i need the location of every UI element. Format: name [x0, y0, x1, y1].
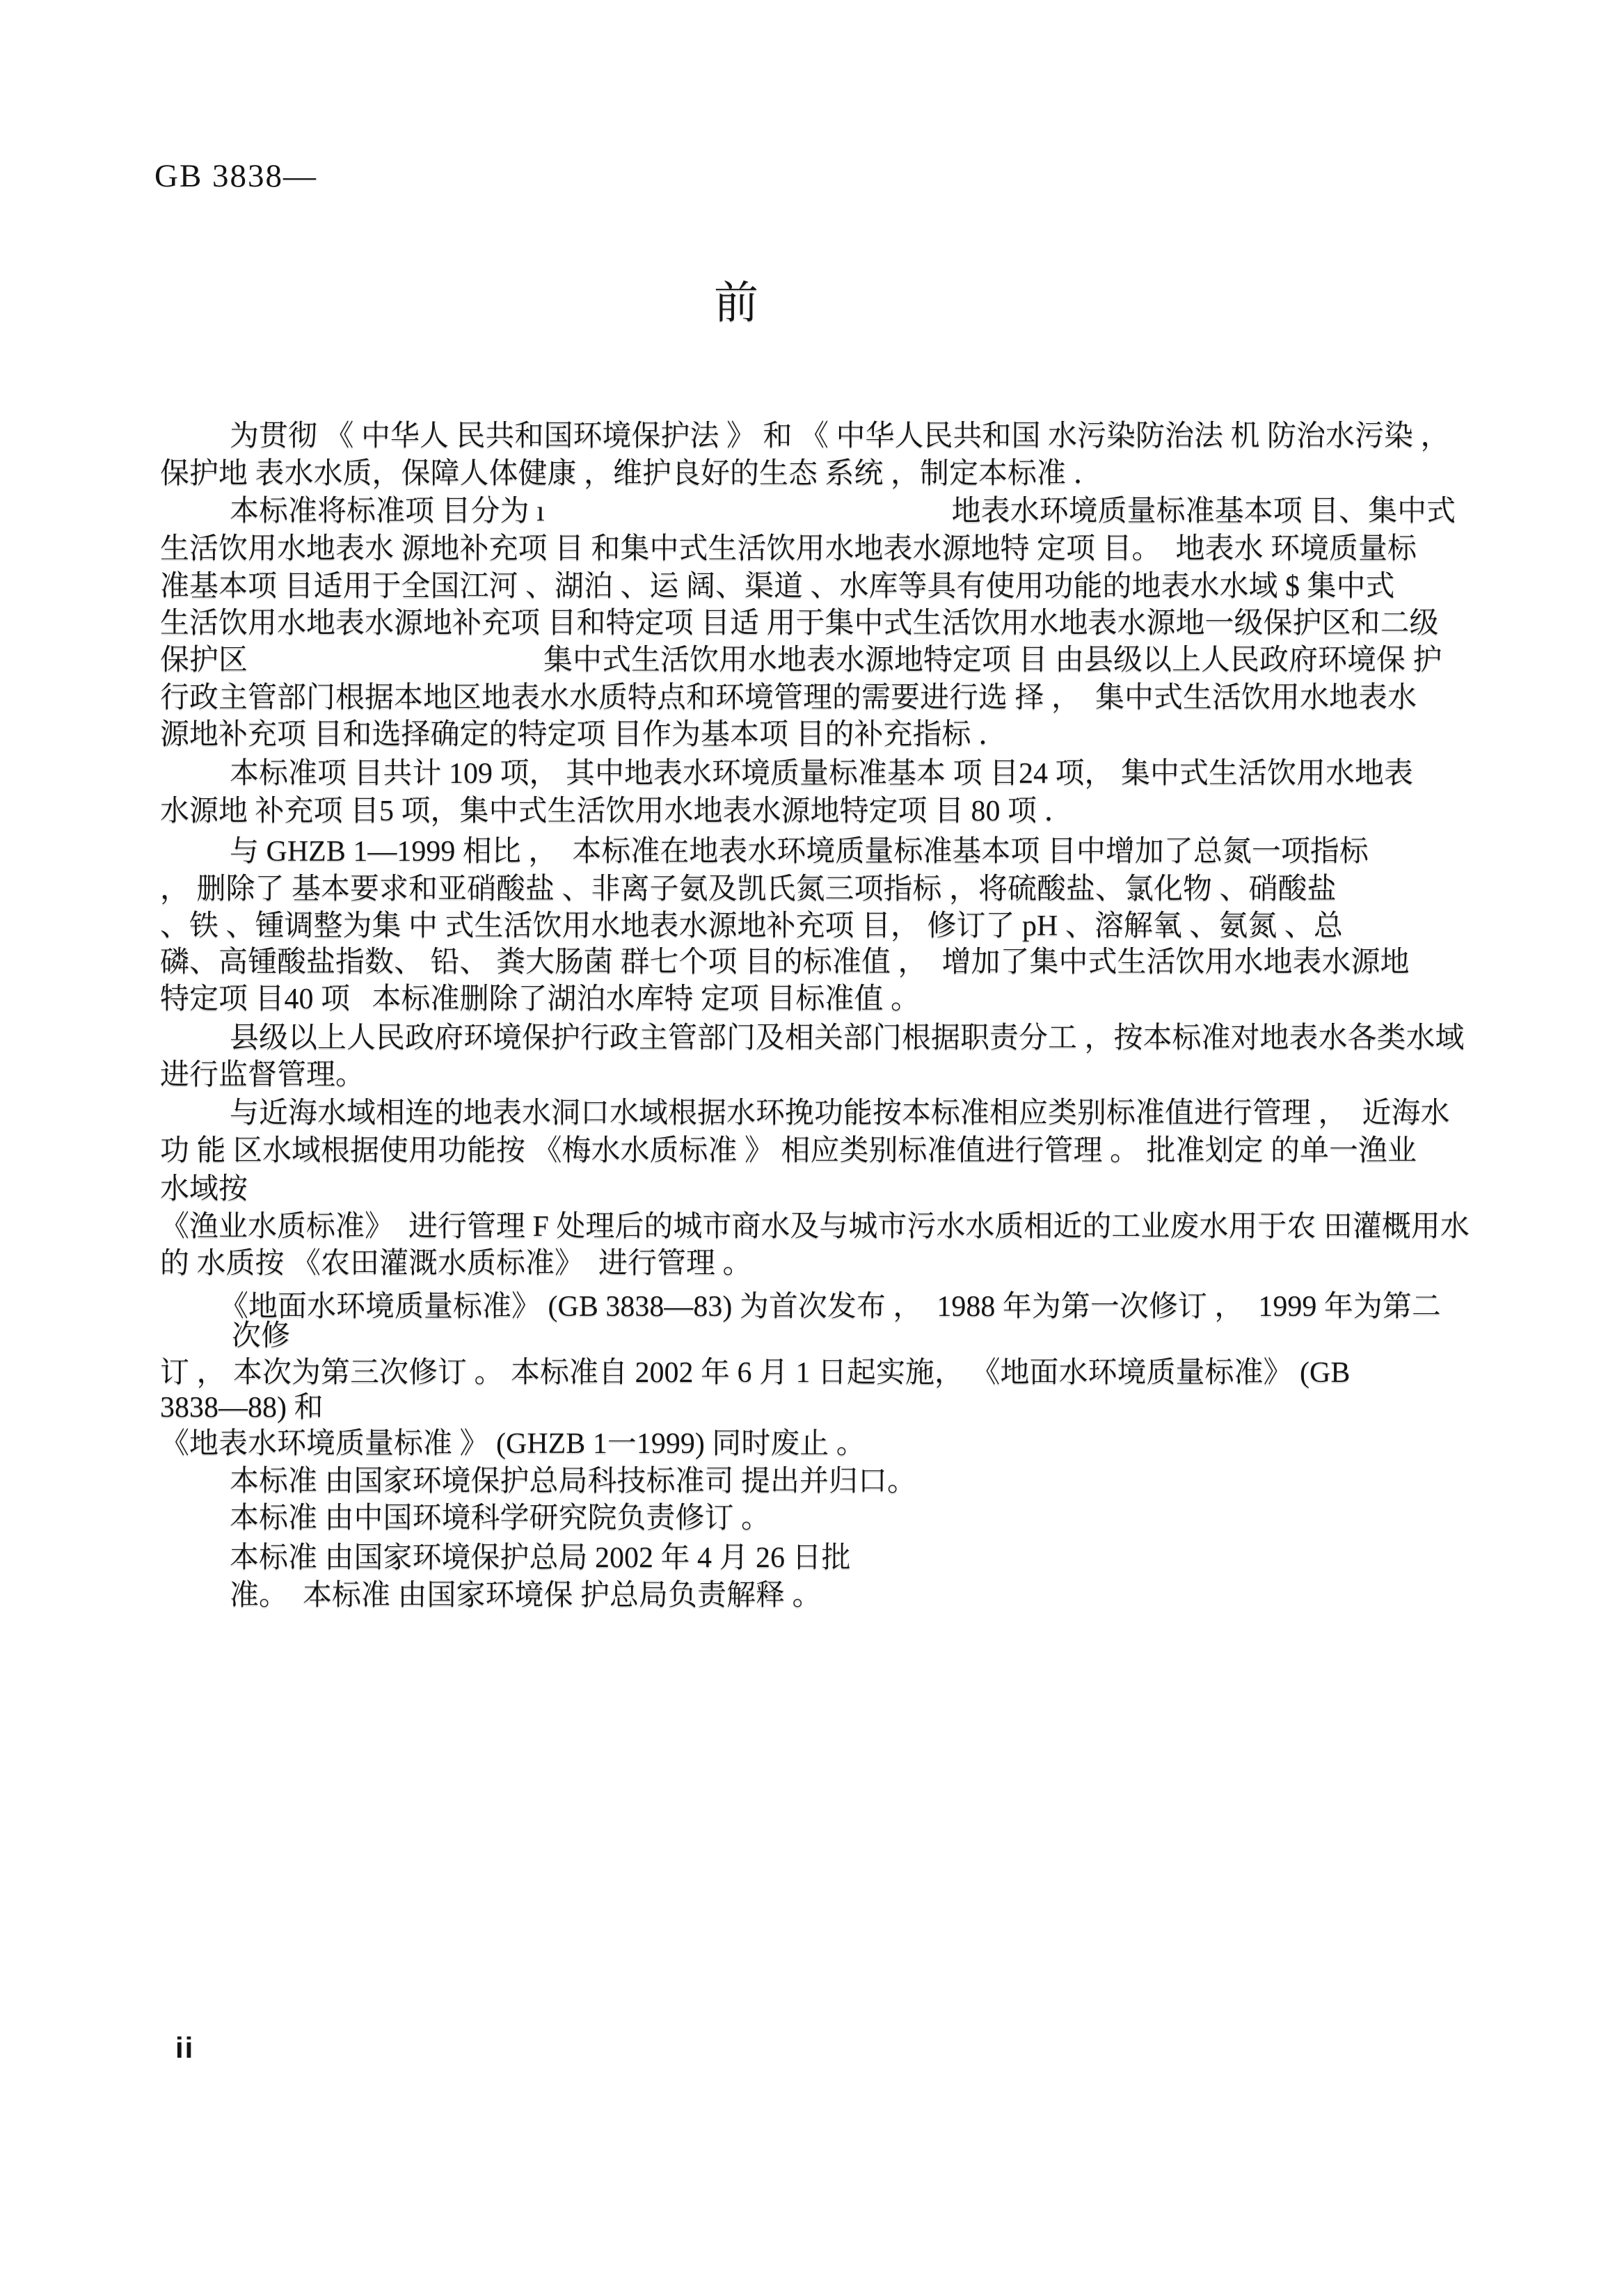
text-segment: 保护区: [160, 644, 248, 676]
text-line: 行政主管部门根据本地区地表水水质特点和环境管理的需要进行选 择 ， 集中式生活饮…: [160, 682, 1417, 714]
text-line: 本标准项 目共计 109 项， 其中地表水环境质量标准基本 项 目24 项， 集…: [160, 758, 1413, 790]
text-line: 磷、高锺酸盐指数、 铅、 粪大肠菌 群七个项 目的标准值 ， 增加了集中式生活饮…: [160, 946, 1410, 978]
text-segment: 的 水质按 《农田灌溉水质标准》 进行管理 。: [160, 1248, 752, 1280]
text-segment: 生活饮用水地表水 源地补充项 目 和集中式生活饮用水地表水源地特 定项 目。 地…: [160, 533, 1417, 565]
text-line: 源地补充项 目和选择确定的特定项 目作为基本项 目的补充指标 ．: [160, 719, 1008, 751]
text-line: 本标准 由国家环境保护总局科技标准司 提出并归口。: [160, 1466, 916, 1498]
text-line: 次修: [160, 1320, 290, 1352]
text-segment: 集中式生活饮用水地表水源地特定项 目 由县级以上人民政府环境保 护: [543, 644, 1442, 676]
text-line: 保护区集中式生活饮用水地表水源地特定项 目 由县级以上人民政府环境保 护: [160, 644, 1442, 676]
text-segment: 功 能 区水域根据使用功能按 《梅水水质标准 》 相应类别标准值进行管理 。 批…: [160, 1135, 1417, 1167]
text-segment: 本标准将标准项 目分为 ı: [230, 495, 545, 527]
text-segment: 准。 本标准 由国家环境保 护总局负责解释 。: [230, 1580, 822, 1612]
text-segment: 本标准项 目共计 109 项， 其中地表水环境质量标准基本 项 目24 项， 集…: [230, 758, 1413, 790]
page-number: ii: [175, 2033, 194, 2063]
text-segment: 行政主管部门根据本地区地表水水质特点和环境管理的需要进行选 择 ， 集中式生活饮…: [160, 682, 1417, 714]
text-segment: 磷、高锺酸盐指数、 铅、 粪大肠菌 群七个项 目的标准值 ， 增加了集中式生活饮…: [160, 946, 1410, 978]
text-line: 保护地 表水水质，保障人体健康 ，维护良好的生态 系统 ，制定本标准 ．: [160, 458, 1103, 490]
text-segment: 进行监督管理。: [160, 1059, 365, 1091]
text-segment: 为贯彻 《 中华人 民共和国环境保护法 》 和 《 中华人民共和国 水污染防治法…: [230, 420, 1450, 452]
text-line: 与 GHZB 1—1999 相比 ， 本标准在地表水环境质量标准基本项 目中增加…: [160, 836, 1369, 868]
text-segment: 本标准 由国家环境保护总局科技标准司 提出并归口。: [230, 1466, 916, 1498]
document-body: 为贯彻 《 中华人 民共和国环境保护法 》 和 《 中华人民共和国 水污染防治法…: [160, 0, 1475, 2295]
text-segment: 地表水环境质量标准基本项 目、集中式: [952, 495, 1456, 527]
text-line: ， 删除了 基本要求和亚硝酸盐 、非离子氨及凯氏氮三项指标 ，将硫酸盐、氯化物 …: [160, 873, 1337, 905]
text-segment: 县级以上人民政府环境保护行政主管部门及相关部门根据职责分工 ，按本标准对地表水各…: [230, 1022, 1465, 1054]
text-line: 准基本项 目适用于全国江河 、湖泊 、运 阔、渠道 、水库等具有使用功能的地表水…: [160, 571, 1395, 603]
text-line: 与近海水域相连的地表水洞口水域根据水环挽功能按本标准相应类别标准值进行管理 ， …: [160, 1097, 1450, 1129]
text-segment: 水源地 补充项 目5 项，集中式生活饮用水地表水源地特定项 目 80 项 ．: [160, 795, 1074, 827]
text-segment: 水域按: [160, 1173, 248, 1205]
text-segment: 、铁 、锺调整为集 中 式生活饮用水地表水源地补充项 目， 修订了 pH 、溶解…: [160, 910, 1343, 942]
text-segment: 与 GHZB 1—1999 相比 ， 本标准在地表水环境质量标准基本项 目中增加…: [230, 836, 1369, 868]
text-line: 《地面水环境质量标准》 (GB 3838—83) 为首次发布 ， 1988 年为…: [160, 1291, 1441, 1323]
text-line: 3838—88) 和: [160, 1392, 324, 1424]
text-segment: 本标准 由国家环境保护总局 2002 年 4 月 26 日批: [230, 1542, 851, 1574]
text-line: 水源地 补充项 目5 项，集中式生活饮用水地表水源地特定项 目 80 项 ．: [160, 795, 1074, 827]
text-line: 准。 本标准 由国家环境保 护总局负责解释 。: [160, 1580, 822, 1612]
text-segment: 次修: [232, 1320, 290, 1352]
text-line: 的 水质按 《农田灌溉水质标准》 进行管理 。: [160, 1248, 752, 1280]
text-line: 订 ， 本次为第三次修订 。 本标准自 2002 年 6 月 1 日起实施， 《…: [160, 1357, 1350, 1389]
text-segment: 《地表水环境质量标准 》 (GHZB 1一1999) 同时废止 。: [160, 1428, 866, 1460]
document-page: GB 3838— 前 为贯彻 《 中华人 民共和国环境保护法 》 和 《 中华人…: [0, 0, 1624, 2295]
text-segment: 订 ， 本次为第三次修订 。 本标准自 2002 年 6 月 1 日起实施， 《…: [160, 1357, 1350, 1389]
text-line: 、铁 、锺调整为集 中 式生活饮用水地表水源地补充项 目， 修订了 pH 、溶解…: [160, 910, 1343, 942]
text-line: 特定项 目40 项 本标准删除了湖泊水库特 定项 目标准值 。: [160, 983, 920, 1015]
text-line: 生活饮用水地表水 源地补充项 目 和集中式生活饮用水地表水源地特 定项 目。 地…: [160, 533, 1417, 565]
text-segment: 3838—88) 和: [160, 1392, 324, 1424]
text-segment: 特定项 目40 项 本标准删除了湖泊水库特 定项 目标准值 。: [160, 983, 920, 1015]
text-line: 县级以上人民政府环境保护行政主管部门及相关部门根据职责分工 ，按本标准对地表水各…: [160, 1022, 1465, 1054]
text-segment: 生活饮用水地表水源地补充项 目和特定项 目适 用于集中式生活饮用水地表水源地一级…: [160, 607, 1439, 640]
text-segment: 源地补充项 目和选择确定的特定项 目作为基本项 目的补充指标 ．: [160, 719, 1008, 751]
text-line: 进行监督管理。: [160, 1059, 365, 1091]
text-segment: 本标准 由中国环境科学研究院负责修订 。: [230, 1502, 770, 1534]
text-segment: 《渔业水质标准》 进行管理 F 处理后的城市商水及与城市污水水质相近的工业废水用…: [160, 1211, 1470, 1243]
text-line: 本标准 由中国环境科学研究院负责修订 。: [160, 1502, 770, 1534]
text-line: 为贯彻 《 中华人 民共和国环境保护法 》 和 《 中华人民共和国 水污染防治法…: [160, 420, 1450, 452]
text-segment: ， 删除了 基本要求和亚硝酸盐 、非离子氨及凯氏氮三项指标 ，将硫酸盐、氯化物 …: [160, 873, 1337, 905]
text-line: 生活饮用水地表水源地补充项 目和特定项 目适 用于集中式生活饮用水地表水源地一级…: [160, 607, 1439, 640]
text-line: 本标准将标准项 目分为 ı地表水环境质量标准基本项 目、集中式: [160, 495, 1456, 527]
text-line: 《地表水环境质量标准 》 (GHZB 1一1999) 同时废止 。: [160, 1428, 866, 1460]
text-line: 《渔业水质标准》 进行管理 F 处理后的城市商水及与城市污水水质相近的工业废水用…: [160, 1211, 1470, 1243]
text-segment: 与近海水域相连的地表水洞口水域根据水环挽功能按本标准相应类别标准值进行管理 ， …: [230, 1097, 1450, 1129]
text-segment: 《地面水环境质量标准》 (GB 3838—83) 为首次发布 ， 1988 年为…: [219, 1291, 1441, 1323]
text-segment: 保护地 表水水质，保障人体健康 ，维护良好的生态 系统 ，制定本标准 ．: [160, 458, 1103, 490]
text-line: 水域按: [160, 1173, 248, 1205]
text-line: 本标准 由国家环境保护总局 2002 年 4 月 26 日批: [160, 1542, 851, 1574]
text-segment: 准基本项 目适用于全国江河 、湖泊 、运 阔、渠道 、水库等具有使用功能的地表水…: [160, 571, 1395, 603]
text-line: 功 能 区水域根据使用功能按 《梅水水质标准 》 相应类别标准值进行管理 。 批…: [160, 1135, 1417, 1167]
